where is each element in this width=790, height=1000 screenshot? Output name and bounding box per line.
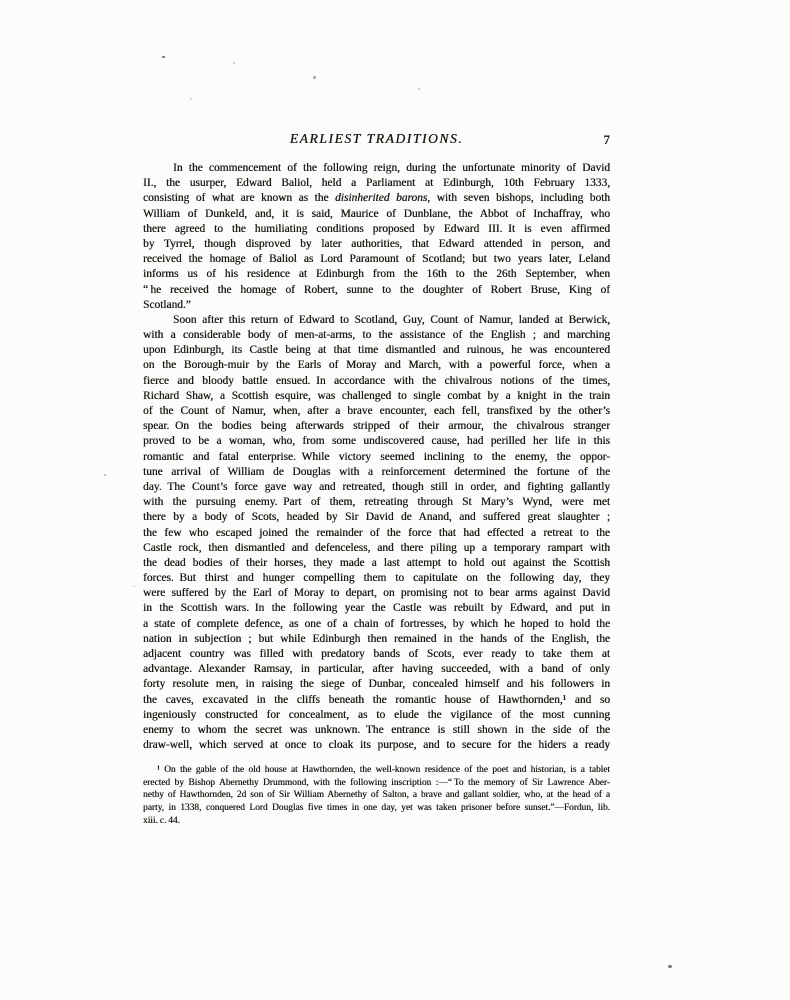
- text-line: tune arrival of William de Douglas with …: [143, 465, 610, 480]
- text-segment: II., the usurper, Edward Baliol, held a …: [143, 177, 610, 189]
- text-line: the few who escaped joined the remainder…: [143, 526, 610, 541]
- text-line: on the Borough-muir by the Earls of Mora…: [143, 358, 610, 373]
- text-segment: the few who escaped joined the remainder…: [143, 527, 610, 539]
- text-segment: Castle rock, then dismantled and defence…: [143, 542, 610, 554]
- text-line: II., the usurper, Edward Baliol, held a …: [143, 176, 610, 191]
- text-line: were suffered by the Earl of Moray to de…: [143, 586, 610, 601]
- text-line: forty resolute men, in raising the siege…: [143, 677, 610, 692]
- ink-speck: [313, 76, 316, 79]
- text-segment: enemy to whom the secret was unknown. Th…: [143, 724, 610, 736]
- text-segment: forty resolute men, in raising the siege…: [143, 678, 610, 690]
- text-segment: fierce and bloody battle ensued. In acco…: [143, 375, 610, 387]
- text-segment: the dead bodies of their horses, they ma…: [143, 557, 610, 569]
- text-segment: consisting of what are known as the: [143, 192, 335, 204]
- text-line: Scotland.”: [143, 298, 610, 313]
- text-line: advantage. Alexander Ramsay, in particul…: [143, 662, 610, 677]
- text-line: Soon after this return of Edward to Scot…: [143, 313, 610, 328]
- text-line: received the homage of Baliol as Lord Pa…: [143, 252, 610, 267]
- page-number: 7: [604, 132, 611, 148]
- text-segment: romantic and fatal enterprise. While vic…: [143, 451, 610, 463]
- text-segment: received the homage of Baliol as Lord Pa…: [143, 253, 610, 265]
- text-line: nethy of Hawthornden, 2d son of Sir Will…: [143, 789, 610, 802]
- text-line: ¹ On the gable of the old house at Hawth…: [143, 764, 610, 777]
- text-segment: In the commencement of the following rei…: [173, 162, 610, 174]
- text-line: Castle rock, then dismantled and defence…: [143, 541, 610, 556]
- text-segment: spear. On the bodies being afterwards st…: [143, 420, 610, 432]
- text-line: erected by Bishop Abernethy Drummond, wi…: [143, 777, 610, 790]
- text-line: in the Scottish wars. In the following y…: [143, 601, 610, 616]
- paragraph: ¹ On the gable of the old house at Hawth…: [143, 764, 610, 827]
- running-title: EARLIEST TRADITIONS.: [143, 131, 610, 147]
- text-segment: , with seven bishops, including both: [427, 192, 610, 204]
- text-segment: draw-well, which served at once to cloak…: [143, 739, 610, 751]
- text-line: romantic and fatal enterprise. While vic…: [143, 450, 610, 465]
- page-header: EARLIEST TRADITIONS. 7: [143, 131, 610, 149]
- text-line: xiii. c. 44.: [143, 815, 610, 828]
- text-line: the caves, excavated in the cliffs benea…: [143, 693, 610, 708]
- text-segment: nation in subjection ; but while Edinbur…: [143, 633, 610, 645]
- text-segment: William of Dunkeld, and, it is said, Mau…: [143, 208, 610, 220]
- text-line: forces. But thirst and hunger compelling…: [143, 571, 610, 586]
- text-segment: the caves, excavated in the cliffs benea…: [143, 694, 610, 706]
- footnote: ¹ On the gable of the old house at Hawth…: [143, 764, 610, 827]
- text-line: upon Edinburgh, its Castle being at that…: [143, 343, 610, 358]
- text-segment: tune arrival of William de Douglas with …: [143, 466, 610, 478]
- text-segment: Scotland.”: [143, 299, 191, 311]
- text-line: spear. On the bodies being afterwards st…: [143, 419, 610, 434]
- text-segment: of the Count of Namur, when, after a bra…: [143, 405, 610, 417]
- text-segment: there by a body of Scots, headed by Sir …: [143, 511, 610, 523]
- ink-speck: [162, 56, 165, 58]
- text-line: William of Dunkeld, and, it is said, Mau…: [143, 207, 610, 222]
- text-line: ingeniously constructed for concealment,…: [143, 708, 610, 723]
- text-line: party, in 1338, conquered Lord Douglas f…: [143, 802, 610, 815]
- text-line: with the pursuing enemy. Part of them, r…: [143, 495, 610, 510]
- text-line: nation in subjection ; but while Edinbur…: [143, 632, 610, 647]
- text-line: proved to be a woman, who, from some und…: [143, 434, 610, 449]
- text-line: In the commencement of the following rei…: [143, 161, 610, 176]
- ink-speck: [133, 586, 135, 587]
- ink-speck: [190, 98, 192, 100]
- paragraph: In the commencement of the following rei…: [143, 161, 610, 313]
- body-text: In the commencement of the following rei…: [143, 161, 610, 753]
- text-segment: nethy of Hawthornden, 2d son of Sir Will…: [143, 790, 610, 800]
- text-segment: on the Borough-muir by the Earls of Mora…: [143, 359, 610, 371]
- text-segment: a state of complete defence, as one of a…: [143, 618, 610, 630]
- text-segment: party, in 1338, conquered Lord Douglas f…: [143, 803, 610, 813]
- ink-speck: [418, 88, 420, 90]
- ink-speck: [104, 474, 106, 476]
- text-segment: adjacent country was filled with predato…: [143, 648, 610, 660]
- text-segment: Richard Shaw, a Scottish esquire, was ch…: [143, 390, 610, 402]
- text-segment: were suffered by the Earl of Moray to de…: [143, 587, 610, 599]
- text-segment: “ he received the homage of Robert, sunn…: [143, 284, 610, 296]
- text-segment: xiii. c. 44.: [143, 816, 180, 826]
- ink-speck: [233, 62, 235, 64]
- text-segment: with the pursuing enemy. Part of them, r…: [143, 496, 610, 508]
- text-segment: erected by Bishop Abernethy Drummond, wi…: [143, 778, 610, 788]
- text-line: of the Count of Namur, when, after a bra…: [143, 404, 610, 419]
- text-line: “ he received the homage of Robert, sunn…: [143, 283, 610, 298]
- text-line: adjacent country was filled with predato…: [143, 647, 610, 662]
- ink-speck: [668, 965, 672, 968]
- text-segment: day. The Count’s force gave way and retr…: [143, 481, 610, 493]
- text-segment: by Tyrrel, though disproved by later aut…: [143, 238, 610, 250]
- text-line: informs us of his residence at Edinburgh…: [143, 267, 610, 282]
- text-line: by Tyrrel, though disproved by later aut…: [143, 237, 610, 252]
- book-page: EARLIEST TRADITIONS. 7 In the commenceme…: [0, 0, 790, 1000]
- italic-text: disinherited barons: [335, 192, 427, 204]
- text-segment: upon Edinburgh, its Castle being at that…: [143, 344, 610, 356]
- text-line: draw-well, which served at once to cloak…: [143, 738, 610, 753]
- text-line: the dead bodies of their horses, they ma…: [143, 556, 610, 571]
- text-segment: advantage. Alexander Ramsay, in particul…: [143, 663, 610, 675]
- text-line: consisting of what are known as the disi…: [143, 191, 610, 206]
- text-line: enemy to whom the secret was unknown. Th…: [143, 723, 610, 738]
- paragraph: Soon after this return of Edward to Scot…: [143, 313, 610, 753]
- text-segment: informs us of his residence at Edinburgh…: [143, 268, 610, 280]
- text-segment: in the Scottish wars. In the following y…: [143, 602, 610, 614]
- text-line: there agreed to the humiliating conditio…: [143, 222, 610, 237]
- text-segment: ¹ On the gable of the old house at Hawth…: [157, 765, 610, 775]
- text-line: day. The Count’s force gave way and retr…: [143, 480, 610, 495]
- text-segment: there agreed to the humiliating conditio…: [143, 223, 610, 235]
- text-segment: with a considerable body of men-at-arms,…: [143, 329, 610, 341]
- text-segment: forces. But thirst and hunger compelling…: [143, 572, 610, 584]
- text-line: with a considerable body of men-at-arms,…: [143, 328, 610, 343]
- text-segment: Soon after this return of Edward to Scot…: [173, 314, 610, 326]
- text-line: Richard Shaw, a Scottish esquire, was ch…: [143, 389, 610, 404]
- text-line: there by a body of Scots, headed by Sir …: [143, 510, 610, 525]
- text-line: a state of complete defence, as one of a…: [143, 617, 610, 632]
- text-segment: proved to be a woman, who, from some und…: [143, 435, 610, 447]
- text-line: fierce and bloody battle ensued. In acco…: [143, 374, 610, 389]
- text-segment: ingeniously constructed for concealment,…: [143, 709, 610, 721]
